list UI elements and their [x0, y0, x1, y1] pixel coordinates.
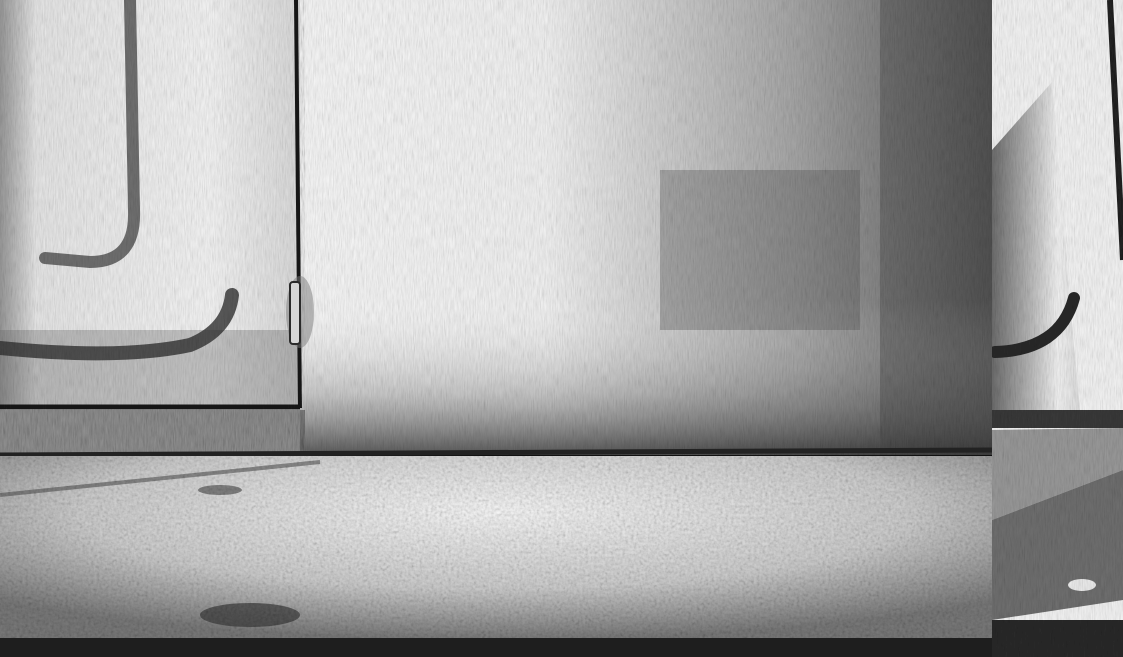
- photograph: [0, 0, 1123, 657]
- right-strip-panel: [992, 0, 1123, 657]
- floor: [0, 456, 992, 640]
- cabinet-door: [0, 0, 305, 455]
- hinge: [286, 276, 314, 348]
- floor-front-edge: [0, 638, 992, 657]
